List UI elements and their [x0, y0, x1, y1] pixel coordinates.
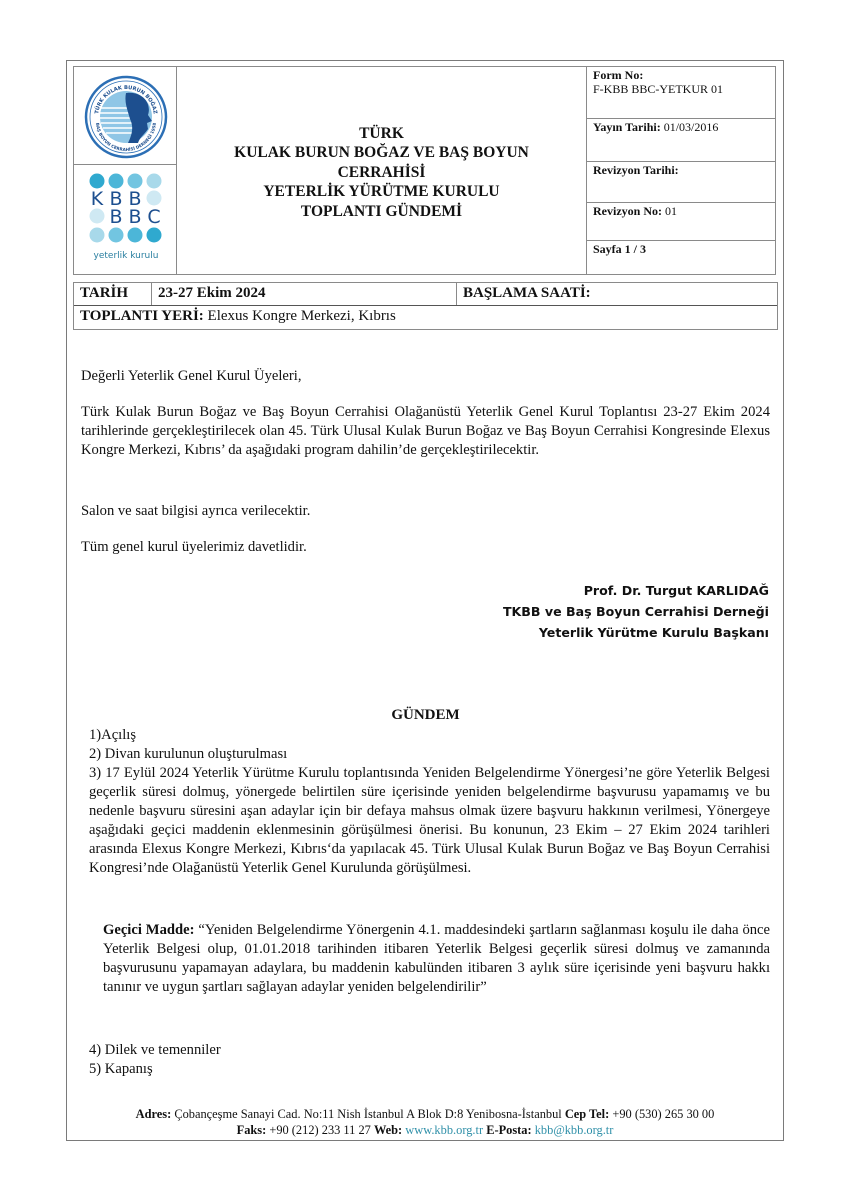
svg-text:B: B [109, 206, 122, 228]
svg-text:C: C [147, 206, 160, 228]
start-time-label: BAŞLAMA SAATİ: [463, 285, 591, 301]
kbb-bbc-logo: K B B B B C yeterlik kurulu [83, 171, 169, 267]
title-line: KULAK BURUN BOĞAZ VE BAŞ BOYUN [234, 143, 529, 163]
svg-text:B: B [128, 206, 141, 228]
closing-agenda-list: 4) Dilek ve temenniler 5) Kapanış [89, 1041, 770, 1079]
date-label: TARİH [74, 283, 152, 305]
place-value: Elexus Kongre Merkezi, Kıbrıs [204, 308, 396, 324]
temporary-article: Geçici Madde: “Yeniden Belgelendirme Yön… [103, 921, 770, 997]
agenda-title: GÜNDEM [81, 707, 770, 724]
form-no-label: Form No: [593, 68, 643, 82]
association-emblem-icon: TÜRK KULAK BURUN BOĞAZ BAŞ BOYUN CERRAHİ… [84, 75, 168, 159]
session-info-paragraph: Salon ve saat bilgisi ayrıca verilecekti… [81, 502, 770, 521]
form-no-cell: Form No: F-KBB BBC-YETKUR 01 [587, 67, 775, 119]
header-table: TÜRK KULAK BURUN BOĞAZ BAŞ BOYUN CERRAHİ… [73, 66, 776, 275]
footer-line-contact: Faks: +90 (212) 233 11 27 Web: www.kbb.o… [70, 1122, 780, 1138]
web-label: Web: [374, 1123, 402, 1137]
footer-contact: Adres: Çobançeşme Sanayi Cad. No:11 Nish… [70, 1106, 780, 1138]
revision-no-cell: Revizyon No: 01 [587, 203, 775, 241]
signatory-name: Prof. Dr. Turgut KARLIDAĞ [503, 580, 769, 601]
fax-value: +90 (212) 233 11 27 [266, 1123, 374, 1137]
document-meta: Form No: F-KBB BBC-YETKUR 01 Yayın Tarih… [587, 67, 775, 274]
agenda-item: 1)Açılış [89, 726, 770, 745]
phone-label: Cep Tel: [565, 1107, 609, 1121]
place-label: TOPLANTI YERİ: [80, 308, 204, 324]
agenda-list: 1)Açılış 2) Divan kurulunun oluşturulmas… [89, 726, 770, 878]
meeting-place-row: TOPLANTI YERİ: Elexus Kongre Merkezi, Kı… [74, 306, 777, 329]
agenda-item: 4) Dilek ve temenniler [89, 1041, 770, 1060]
title-line: TÜRK [234, 124, 529, 144]
page-number-cell: Sayfa 1 / 3 [587, 241, 775, 274]
agenda-item: 2) Divan kurulunun oluşturulması [89, 745, 770, 764]
publish-date-value: 01/03/2016 [661, 120, 719, 134]
meeting-info-table: TARİH 23-27 Ekim 2024 BAŞLAMA SAATİ: TOP… [73, 282, 778, 330]
address-value: Çobançeşme Sanayi Cad. No:11 Nish İstanb… [171, 1107, 565, 1121]
agenda-item: 5) Kapanış [89, 1060, 770, 1079]
logo-caption: yeterlik kurulu [83, 251, 169, 261]
date-value: 23-27 Ekim 2024 [152, 283, 457, 305]
publish-date-label: Yayın Tarihi: [593, 120, 661, 134]
start-time-cell: BAŞLAMA SAATİ: [457, 283, 777, 305]
email-label: E-Posta: [486, 1123, 531, 1137]
page-number: Sayfa 1 / 3 [593, 242, 646, 256]
signatory-organization: TKBB ve Baş Boyun Cerrahisi Derneği [503, 601, 769, 622]
svg-text:K: K [91, 188, 104, 210]
revision-date-cell: Revizyon Tarihi: [587, 162, 775, 203]
document-title: TÜRK KULAK BURUN BOĞAZ VE BAŞ BOYUN CERR… [234, 120, 529, 222]
kbb-bbc-dots-icon: K B B B B C [83, 171, 169, 251]
fax-label: Faks: [237, 1123, 267, 1137]
agenda-item: 3) 17 Eylül 2024 Yeterlik Yürütme Kurulu… [89, 764, 770, 878]
phone-value: +90 (530) 265 30 00 [609, 1107, 714, 1121]
form-no-value: F-KBB BBC-YETKUR 01 [593, 82, 723, 96]
revision-no-label: Revizyon No: [593, 204, 662, 218]
logo-column: TÜRK KULAK BURUN BOĞAZ BAŞ BOYUN CERRAHİ… [74, 67, 177, 274]
signatory-role: Yeterlik Yürütme Kurulu Başkanı [503, 622, 769, 643]
meeting-date-row: TARİH 23-27 Ekim 2024 BAŞLAMA SAATİ: [74, 283, 777, 306]
website-link[interactable]: www.kbb.org.tr [405, 1123, 483, 1137]
revision-no-value: 01 [662, 204, 677, 218]
temporary-article-label: Geçici Madde: [103, 922, 194, 938]
invitation-paragraph: Tüm genel kurul üyelerimiz davetlidir. [81, 538, 770, 557]
greeting: Değerli Yeterlik Genel Kurul Üyeleri, [81, 367, 770, 386]
signature-block: Prof. Dr. Turgut KARLIDAĞ TKBB ve Baş Bo… [503, 580, 769, 643]
publish-date-cell: Yayın Tarihi: 01/03/2016 [587, 119, 775, 162]
title-line: TOPLANTI GÜNDEMİ [234, 202, 529, 222]
title-cell: TÜRK KULAK BURUN BOĞAZ VE BAŞ BOYUN CERR… [177, 67, 587, 274]
temporary-article-text: “Yeniden Belgelendirme Yönergenin 4.1. m… [103, 922, 770, 995]
email-link[interactable]: kbb@kbb.org.tr [535, 1123, 614, 1137]
revision-date-label: Revizyon Tarihi: [593, 163, 679, 177]
intro-paragraph: Türk Kulak Burun Boğaz ve Baş Boyun Cerr… [81, 403, 770, 460]
title-line: CERRAHİSİ [234, 163, 529, 183]
emblem-cell: TÜRK KULAK BURUN BOĞAZ BAŞ BOYUN CERRAHİ… [74, 67, 176, 165]
address-label: Adres: [136, 1107, 172, 1121]
footer-line-address: Adres: Çobançeşme Sanayi Cad. No:11 Nish… [70, 1106, 780, 1122]
title-line: YETERLİK YÜRÜTME KURULU [234, 182, 529, 202]
